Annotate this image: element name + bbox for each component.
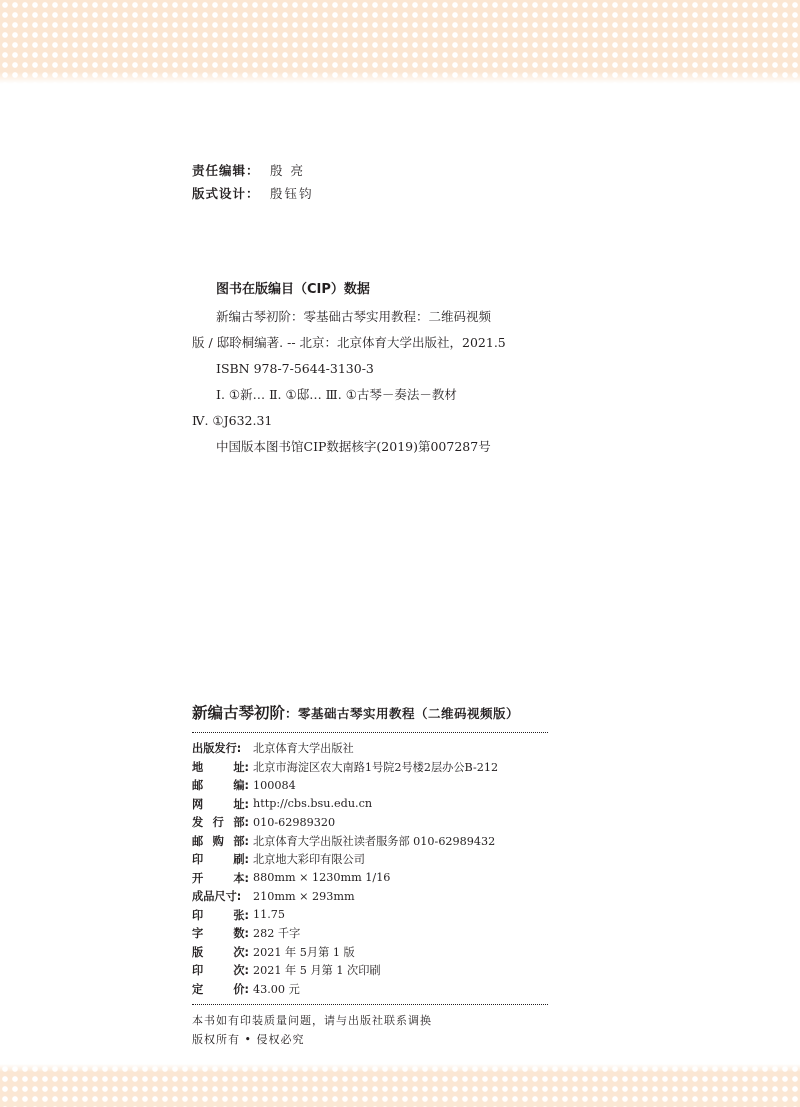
field-label-part: 址:	[233, 796, 249, 812]
field-value: 北京市海淀区农大南路1号院2号楼2层办公B-212	[253, 759, 498, 775]
publication-field-row: 网址:http://cbs.bsu.edu.cn	[192, 795, 548, 814]
publication-fields: 出版发行:北京体育大学出版社地址:北京市海淀区农大南路1号院2号楼2层办公B-2…	[192, 739, 548, 998]
publication-field-row: 版次:2021 年 5月第 1 版	[192, 943, 548, 962]
field-label: 版次:	[192, 944, 249, 960]
colophon-notes: 本书如有印装质量问题，请与出版社联系调换 版权所有 • 侵权必究	[192, 1011, 548, 1049]
cip-data-block: 图书在版编目（CIP）数据 新编古琴初阶：零基础古琴实用教程：二维码视频 版 /…	[192, 276, 512, 460]
quality-notice: 本书如有印装质量问题，请与出版社联系调换	[192, 1011, 548, 1030]
field-label-part: 次:	[233, 944, 249, 960]
credit-value: 殷 亮	[270, 161, 305, 179]
field-label-part: 发	[192, 814, 203, 830]
editor-credits: 责任编辑： 殷 亮 版式设计： 殷钰钧	[192, 158, 314, 204]
field-label: 网址:	[192, 796, 249, 812]
field-value: 北京体育大学出版社	[253, 740, 354, 756]
field-value: 北京体育大学出版社读者服务部 010-62989432	[253, 833, 495, 849]
field-label-part: 行	[213, 814, 224, 830]
cip-line: Ⅳ. ①J632.31	[192, 408, 512, 434]
field-label: 字数:	[192, 925, 249, 941]
field-label: 邮编:	[192, 777, 249, 793]
field-label-part: 张:	[233, 907, 249, 923]
book-title: 新编古琴初阶：零基础古琴实用教程（二维码视频版）	[192, 700, 548, 726]
field-label: 邮购部:	[192, 833, 249, 849]
field-label-part: 邮	[192, 833, 203, 849]
field-value: http://cbs.bsu.edu.cn	[253, 797, 372, 810]
field-label-part: 本:	[233, 870, 249, 886]
book-title-main: 新编古琴初阶	[192, 704, 285, 722]
field-label: 发行部:	[192, 814, 249, 830]
publication-field-row: 字数:282 千字	[192, 924, 548, 943]
field-label: 开本:	[192, 870, 249, 886]
field-value: 11.75	[253, 908, 285, 921]
field-label: 地址:	[192, 759, 249, 775]
field-value: 010-62989320	[253, 816, 335, 829]
dotted-divider	[192, 732, 548, 733]
field-label-part: 印	[192, 962, 203, 978]
field-label-part: 定	[192, 981, 203, 997]
field-label-part: 次:	[233, 962, 249, 978]
field-label-part: 版	[192, 944, 203, 960]
field-value: 2021 年 5月第 1 版	[253, 944, 355, 960]
field-label-part: 编:	[233, 777, 249, 793]
field-value: 282 千字	[253, 925, 300, 941]
field-label-part: 字	[192, 925, 203, 941]
publication-field-row: 邮编:100084	[192, 776, 548, 795]
credit-value: 殷钰钧	[270, 184, 314, 202]
credit-label: 责任编辑：	[192, 161, 264, 179]
decorative-dot-band-bottom	[0, 1064, 800, 1107]
field-label-part: 刷:	[233, 851, 249, 867]
field-label: 出版发行:	[192, 740, 249, 756]
cip-line: Ⅰ. ①新… Ⅱ. ①邸… Ⅲ. ①古琴－奏法－教材	[192, 382, 512, 408]
book-title-subtitle: ：零基础古琴实用教程（二维码视频版）	[285, 706, 519, 721]
field-value: 北京地大彩印有限公司	[253, 851, 365, 867]
field-label-part: 部:	[233, 814, 249, 830]
publication-field-row: 成品尺寸:210mm × 293mm	[192, 887, 548, 906]
publication-field-row: 地址:北京市海淀区农大南路1号院2号楼2层办公B-212	[192, 758, 548, 777]
copyright-notice: 版权所有 • 侵权必究	[192, 1030, 548, 1049]
field-label-part: 出版发行:	[192, 740, 241, 756]
field-label-part: 价:	[233, 981, 249, 997]
decorative-dot-band-top	[0, 0, 800, 84]
field-label-part: 数:	[233, 925, 249, 941]
publication-field-row: 印次:2021 年 5 月第 1 次印刷	[192, 961, 548, 980]
credit-label: 版式设计：	[192, 184, 264, 202]
publication-field-row: 出版发行:北京体育大学出版社	[192, 739, 548, 758]
publication-field-row: 定价:43.00 元	[192, 980, 548, 999]
field-value: 43.00 元	[253, 981, 300, 997]
publication-field-row: 印张:11.75	[192, 906, 548, 925]
field-label-part: 地	[192, 759, 203, 775]
field-label-part: 购	[213, 833, 224, 849]
field-label-part: 邮	[192, 777, 203, 793]
publication-field-row: 发行部:010-62989320	[192, 813, 548, 832]
field-label-part: 部:	[233, 833, 249, 849]
field-label-part: 成品尺寸:	[192, 888, 241, 904]
cip-line: 版 / 邸聆桐编著. -- 北京：北京体育大学出版社，2021.5	[192, 330, 512, 356]
colophon-block: 新编古琴初阶：零基础古琴实用教程（二维码视频版） 出版发行:北京体育大学出版社地…	[192, 700, 548, 1049]
field-label: 印次:	[192, 962, 249, 978]
field-label-part: 印	[192, 907, 203, 923]
field-label-part: 印	[192, 851, 203, 867]
publication-field-row: 印刷:北京地大彩印有限公司	[192, 850, 548, 869]
cip-isbn-line: ISBN 978-7-5644-3130-3	[192, 356, 512, 382]
field-label: 印张:	[192, 907, 249, 923]
field-value: 100084	[253, 779, 296, 792]
field-label: 成品尺寸:	[192, 888, 249, 904]
field-value: 210mm × 293mm	[253, 890, 355, 903]
field-label: 定价:	[192, 981, 249, 997]
field-label-part: 址:	[233, 759, 249, 775]
cip-line: 中国版本图书馆CIP数据核字(2019)第007287号	[192, 434, 512, 460]
publication-field-row: 开本:880mm × 1230mm 1/16	[192, 869, 548, 888]
field-label-part: 网	[192, 796, 203, 812]
field-value: 2021 年 5 月第 1 次印刷	[253, 962, 381, 978]
publication-field-row: 邮购部:北京体育大学出版社读者服务部 010-62989432	[192, 832, 548, 851]
credit-row-responsible-editor: 责任编辑： 殷 亮	[192, 158, 314, 181]
cip-line: 新编古琴初阶：零基础古琴实用教程：二维码视频	[192, 304, 512, 330]
dotted-divider	[192, 1004, 548, 1005]
credit-row-layout-design: 版式设计： 殷钰钧	[192, 181, 314, 204]
field-label-part: 开	[192, 870, 203, 886]
cip-title: 图书在版编目（CIP）数据	[216, 276, 512, 304]
field-label: 印刷:	[192, 851, 249, 867]
field-value: 880mm × 1230mm 1/16	[253, 871, 390, 884]
